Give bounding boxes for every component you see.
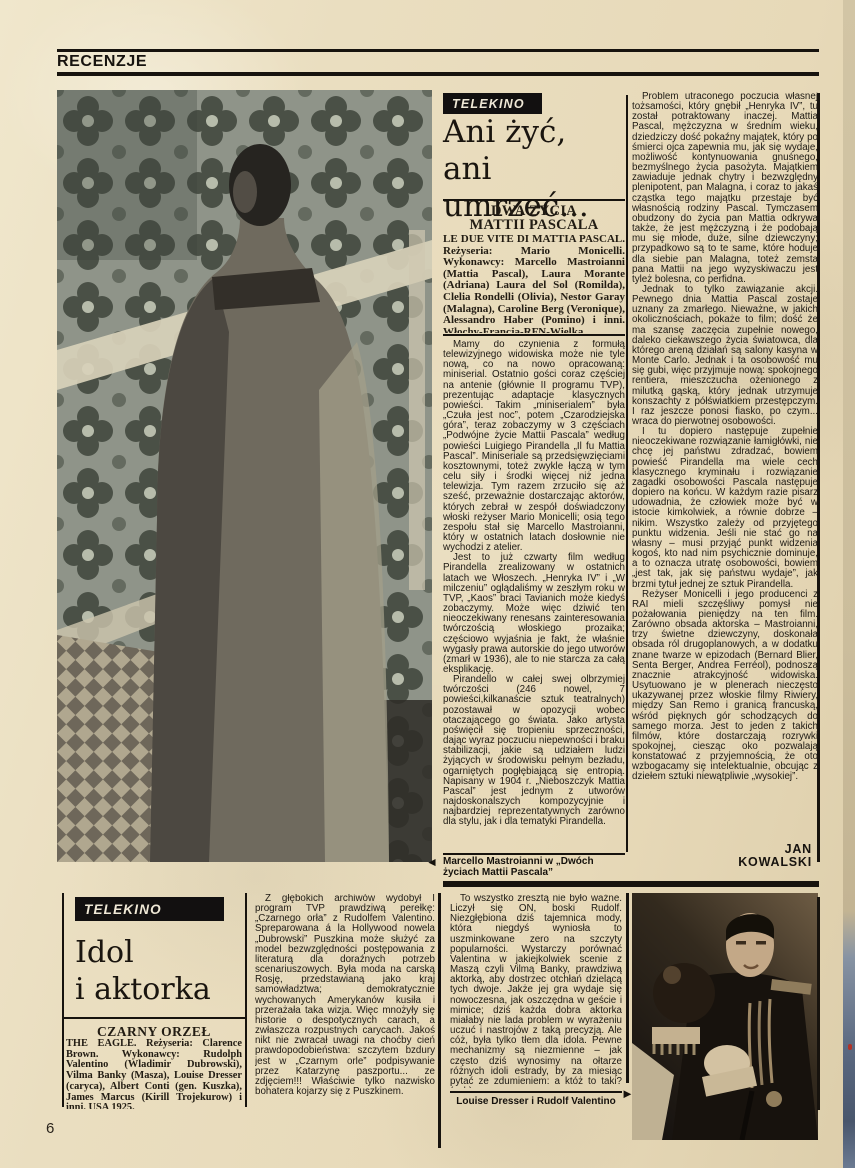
article1-credits-body: LE DUE VITE DI MATTIA PASCAL. Reżyseria:… xyxy=(443,234,625,333)
article2-credits-body: THE EAGLE. Reżyseria: Clarence Brown. Wy… xyxy=(66,1039,242,1109)
page-edge-rule xyxy=(817,93,820,862)
paragraph: Pirandello w całej swej olbrzymiej twórc… xyxy=(443,675,625,827)
article1-headline-line1: Ani żyć, xyxy=(443,114,625,151)
main-photo-image xyxy=(57,90,432,862)
column-divider xyxy=(245,893,247,1107)
header-rule-bottom xyxy=(57,72,819,76)
paragraph: I tu dopiero następuje zupełnie nieoczek… xyxy=(632,427,818,590)
article1-kicker: TELEKINO xyxy=(443,93,542,114)
photo2-caption: Louise Dresser i Rudolf Valentino xyxy=(450,1097,622,1108)
caption-arrow-left-icon: ◄ xyxy=(426,856,438,868)
divider xyxy=(443,199,625,201)
secondary-photo xyxy=(632,893,818,1140)
column-divider xyxy=(62,893,64,1107)
column-divider xyxy=(626,95,628,852)
paragraph: Z głębokich archiwów wydobył I program T… xyxy=(255,894,435,1097)
caption-rule xyxy=(450,1091,622,1093)
byline-line2: KOWALSKI xyxy=(632,856,812,869)
next-page-edge xyxy=(843,0,855,1168)
secondary-photo-image xyxy=(632,893,818,1140)
article2-kicker: TELEKINO xyxy=(75,897,224,921)
article2-headline-line1: Idol xyxy=(75,934,250,971)
article1-credits-title-line2: MATTII PASCALA xyxy=(443,219,625,233)
main-photo xyxy=(57,90,432,862)
page-edge-rule xyxy=(817,897,820,1110)
paragraph: Reżyser Monicelli i jego producenci z RA… xyxy=(632,590,818,783)
next-page-red-mark xyxy=(848,1044,852,1050)
paragraph: Jest to już czwarty film według Pirandel… xyxy=(443,553,625,675)
caption-rule xyxy=(443,853,625,855)
header-rule-top xyxy=(57,49,819,52)
paragraph: Jednak to tylko zawiązanie akcji. Pewneg… xyxy=(632,285,818,427)
main-photo-caption: Marcello Mastroianni w „Dwóch życiach Ma… xyxy=(443,857,625,879)
paragraph: To wszystko zresztą nie było ważne. Licz… xyxy=(450,894,622,1088)
column-divider xyxy=(626,893,629,1083)
column-divider xyxy=(438,893,441,1148)
article2-credits-title: CZARNY ORZEŁ xyxy=(66,1025,242,1039)
paragraph: Mamy do czynienia z formułą telewizyjneg… xyxy=(443,340,625,553)
magazine-page: RECENZJE xyxy=(0,0,855,1168)
section-label: RECENZJE xyxy=(57,53,147,71)
paragraph: Problem utraconego poczucia własnej tożs… xyxy=(632,92,818,285)
divider xyxy=(443,334,625,336)
article-separator-bar xyxy=(443,881,819,887)
page-number: 6 xyxy=(46,1120,54,1137)
article2-headline-line2: i aktorka xyxy=(75,971,250,1008)
divider xyxy=(62,1017,245,1019)
